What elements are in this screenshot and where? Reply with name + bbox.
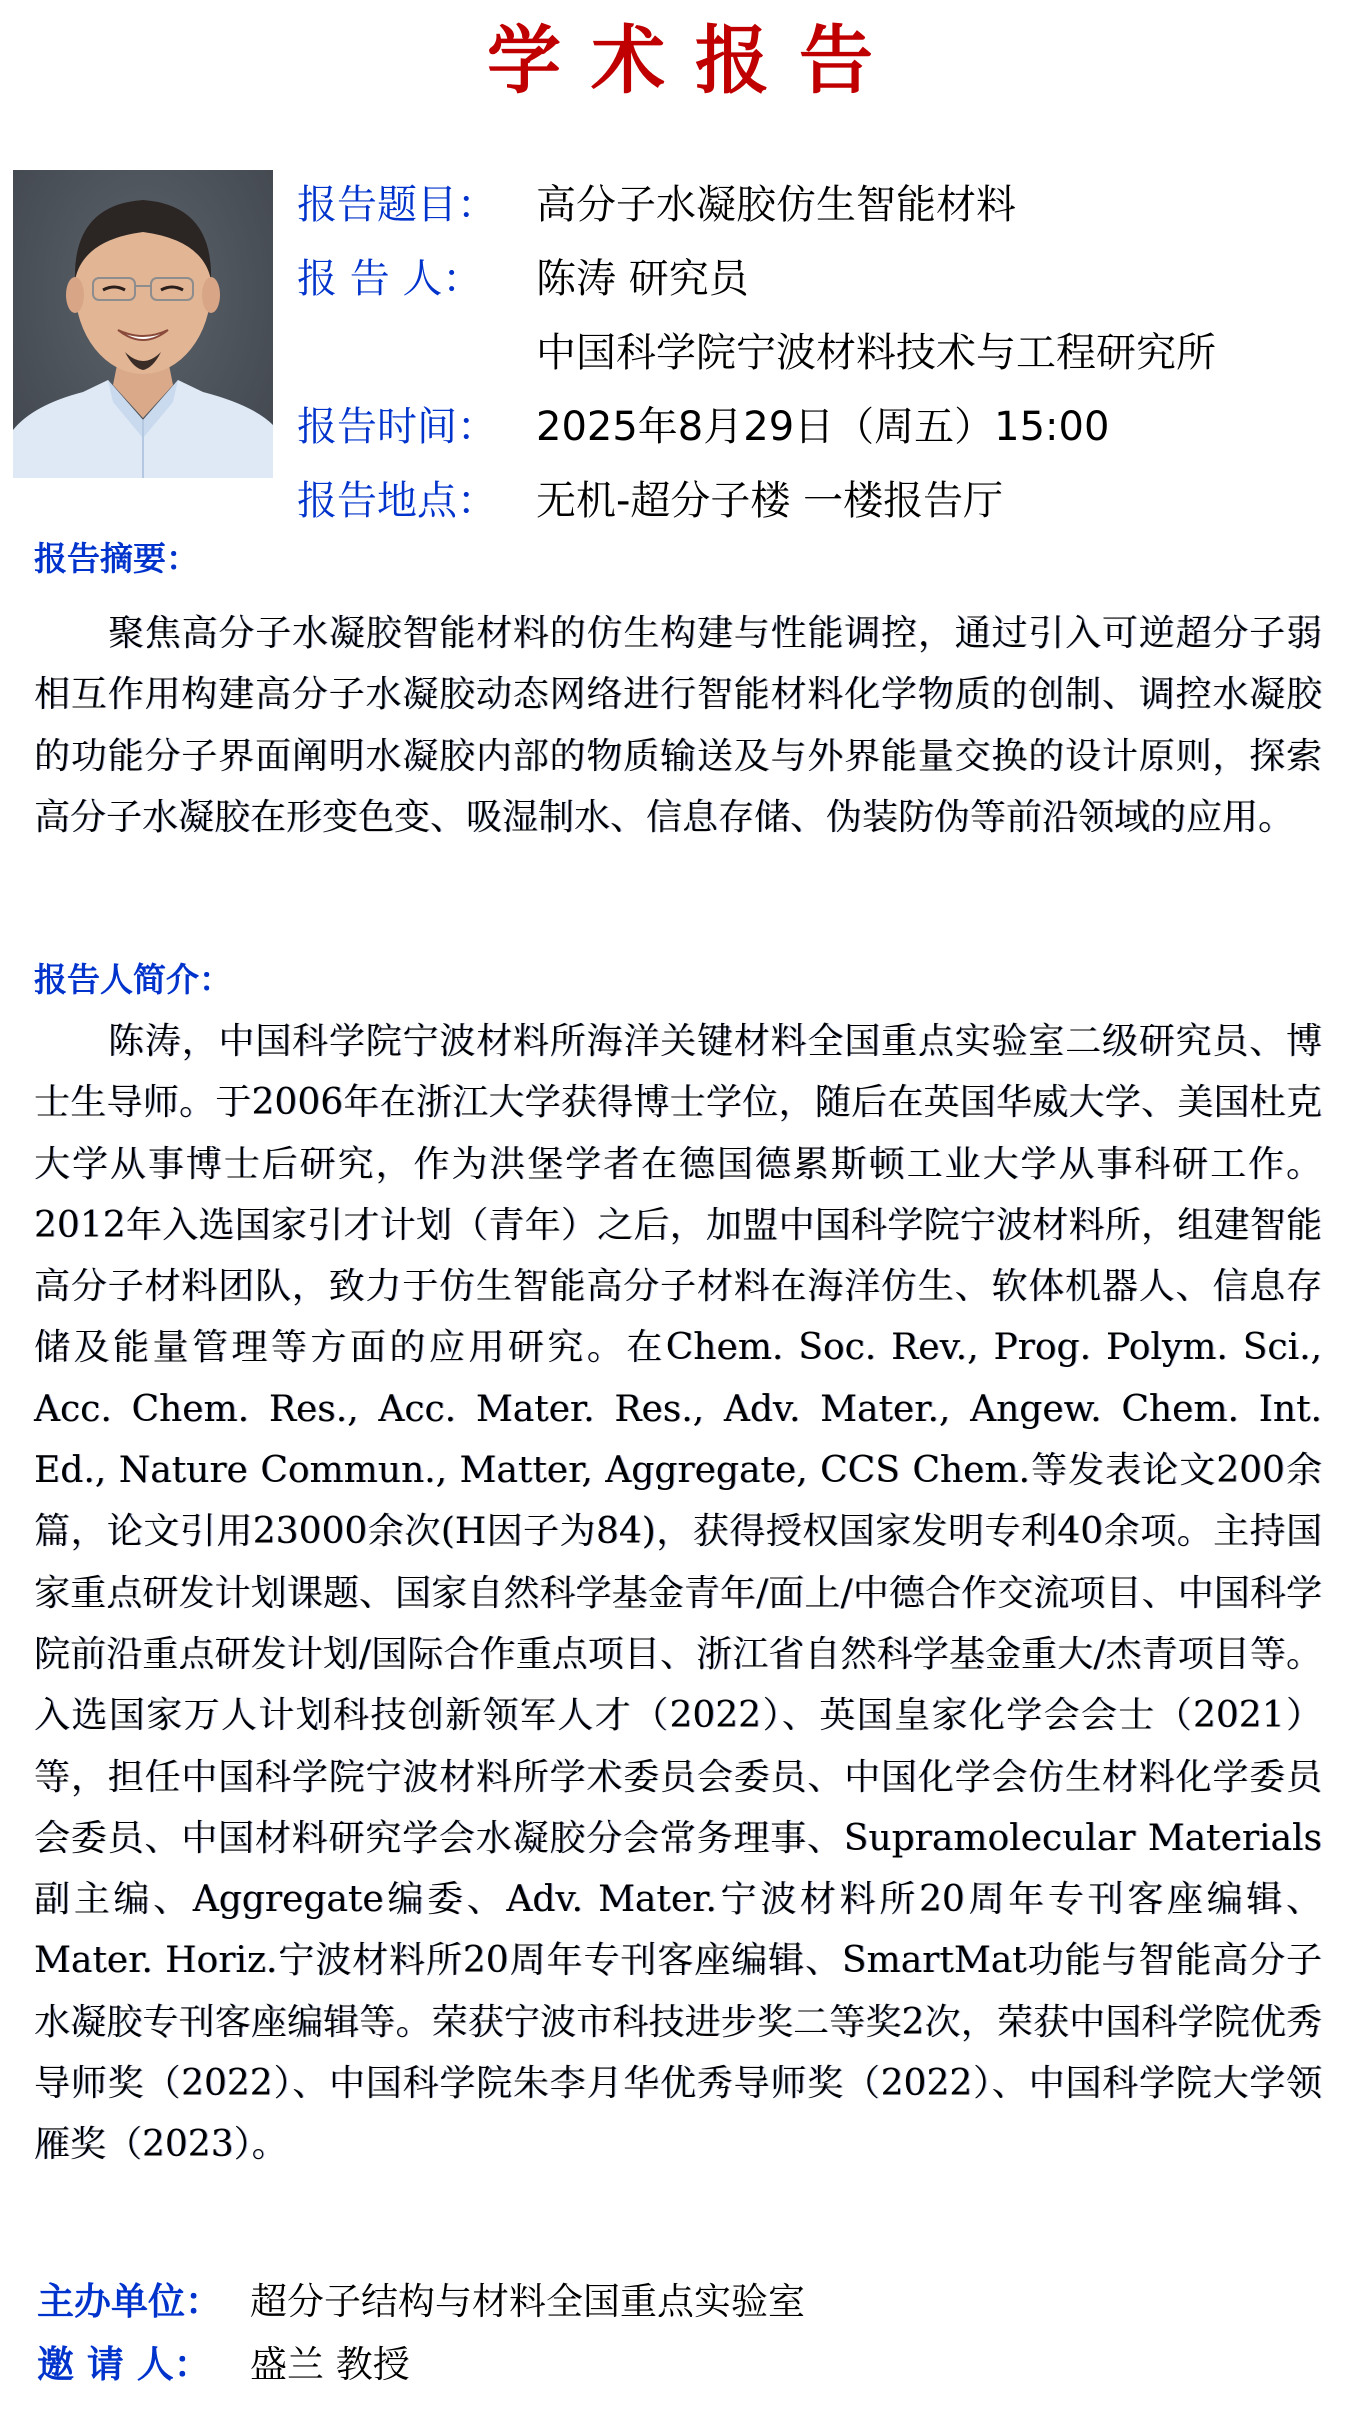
time-value: 2025年8月29日（周五）15:00 (536, 402, 1109, 452)
abstract-heading: 报告摘要： (34, 537, 199, 581)
inviter-row: 邀 请 人：盛兰 教授 (37, 2340, 410, 2390)
info-row-title: 报告题目：高分子水凝胶仿生智能材料 (297, 180, 1016, 230)
inviter-label: 邀 请 人： (37, 2340, 250, 2390)
bio-heading: 报告人简介： (34, 958, 232, 1002)
host-row: 主办单位：超分子结构与材料全国重点实验室 (37, 2277, 805, 2327)
time-label: 报告时间： (297, 402, 536, 452)
speaker-label: 报 告 人： (297, 254, 536, 304)
host-value: 超分子结构与材料全国重点实验室 (250, 2277, 805, 2327)
info-row-time: 报告时间：2025年8月29日（周五）15:00 (297, 402, 1109, 452)
location-label: 报告地点： (297, 476, 536, 526)
info-row-location: 报告地点：无机-超分子楼 一楼报告厅 (297, 476, 1003, 526)
bio-text: 陈涛，中国科学院宁波材料所海洋关键材料全国重点实验室二级研究员、博士生导师。于2… (34, 1011, 1322, 2176)
speaker-photo (13, 170, 273, 478)
speaker-value: 陈涛 研究员 (536, 254, 749, 304)
host-label: 主办单位： (37, 2277, 250, 2327)
page-title: 学术报告 (0, 18, 1360, 104)
info-row-speaker: 报 告 人：陈涛 研究员 (297, 254, 749, 304)
talk-title-value: 高分子水凝胶仿生智能材料 (536, 180, 1016, 230)
title-label: 报告题目： (297, 180, 536, 230)
person-photo-icon (13, 170, 273, 478)
info-row-affiliation: 中国科学院宁波材料技术与工程研究所 (297, 328, 1216, 378)
affiliation-value: 中国科学院宁波材料技术与工程研究所 (536, 328, 1216, 378)
inviter-value: 盛兰 教授 (250, 2340, 410, 2390)
abstract-text: 聚焦高分子水凝胶智能材料的仿生构建与性能调控，通过引入可逆超分子弱相互作用构建高… (34, 603, 1322, 848)
location-value: 无机-超分子楼 一楼报告厅 (536, 476, 1003, 526)
